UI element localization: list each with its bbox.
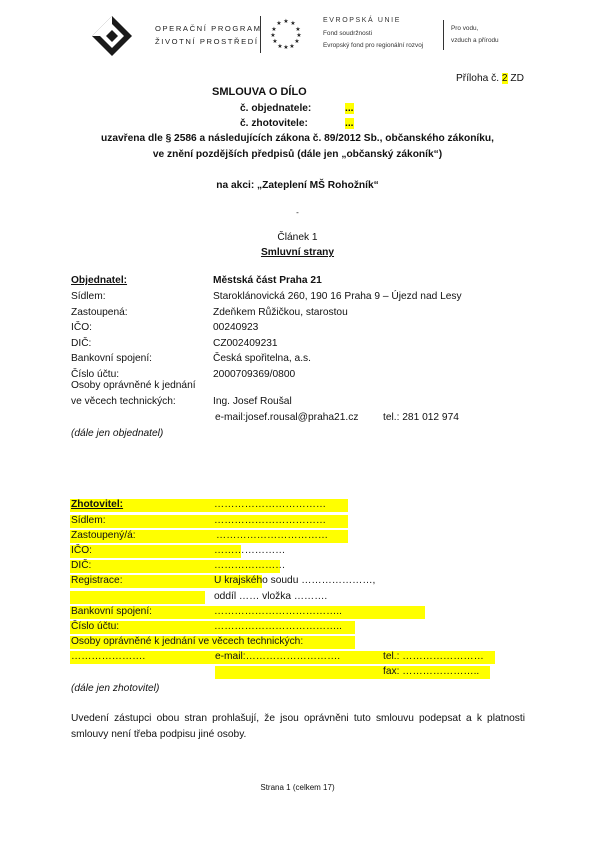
contractor-tech-name[interactable]: …………………. [71, 651, 145, 662]
eu-fund-2: Evropský fond pro regionální rozvoj [323, 42, 423, 49]
client-tech-name: Ing. Josef Roušal [213, 396, 292, 407]
contractor-number-label: č. zhotovitele: [240, 118, 308, 129]
client-field-value: Česká spořitelna, a.s. [213, 353, 311, 364]
client-name: Městská část Praha 21 [213, 275, 322, 286]
contractor-field-value[interactable]: ………………… [214, 560, 285, 571]
article-number: Článek 1 [0, 232, 595, 243]
svg-text:★: ★ [277, 43, 282, 50]
contractor-field-value[interactable]: oddíl …… vložka ………. [214, 591, 327, 602]
contractor-field-value[interactable]: …………………………… [216, 530, 328, 541]
contractor-number-value: ... [345, 118, 354, 129]
annex-suffix: ZD [510, 73, 524, 84]
client-tech-tel: tel.: 281 012 974 [383, 412, 459, 423]
action-name: na akci: „Zateplení MŠ Rohožník“ [0, 180, 595, 191]
eu-fund-1: Fond soudržnosti [323, 30, 372, 37]
eu-stars-icon: ★★★ ★★★ ★★★ ★★★ [266, 16, 306, 52]
contractor-field-value[interactable]: ………………… [214, 545, 285, 556]
contractor-heading: Zhotovitel: [71, 499, 123, 510]
dash: - [0, 208, 595, 217]
svg-text:★: ★ [272, 38, 277, 45]
client-field-label: Zastoupená: [71, 307, 128, 318]
document-title: SMLOUVA O DÍLO [212, 86, 307, 98]
contractor-field-value[interactable]: ……………………………….. [214, 606, 342, 617]
article-title: Smluvní strany [261, 247, 334, 258]
client-field-value: 2000709369/0800 [213, 369, 295, 380]
contractor-field-label: Číslo účtu: [71, 621, 119, 632]
contractor-field-label: Bankovní spojení: [71, 606, 152, 617]
client-field-label: Číslo účtu: [71, 369, 119, 380]
client-field-value: 00240923 [213, 322, 258, 333]
eu-title: EVROPSKÁ UNIE [323, 17, 401, 24]
annex-label: Příloha č. 2 ZD [456, 73, 524, 84]
highlight-band [70, 591, 205, 604]
client-field-value: CZ002409231 [213, 338, 278, 349]
contractor-tech-label: Osoby oprávněné k jednání ve věcech tech… [71, 636, 303, 647]
client-field-label: Bankovní spojení: [71, 353, 152, 364]
opzp-logo-icon [90, 14, 134, 58]
slogan-line2: vzduch a přírodu [451, 37, 499, 44]
contractor-field-value[interactable]: ……………………………….. [214, 621, 342, 632]
svg-text:★: ★ [270, 32, 275, 39]
svg-text:★: ★ [271, 26, 276, 33]
divider [260, 16, 261, 53]
annex-prefix: Příloha č. [456, 73, 499, 84]
contractor-field-label: Zastoupený/á: [71, 530, 136, 541]
contractor-tech-fax[interactable]: fax: ………………….. [383, 666, 479, 677]
svg-text:★: ★ [294, 38, 299, 45]
client-field-value: Zdeňkem Růžičkou, starostou [213, 307, 348, 318]
client-field-label: Sídlem: [71, 291, 106, 302]
contractor-note: (dále jen zhotovitel) [71, 683, 159, 694]
statement-paragraph: Uvedení zástupci obou stran prohlašují, … [71, 711, 525, 743]
client-tech-label1: Osoby oprávněné k jednání [71, 380, 196, 391]
article-title-wrap: Smluvní strany [0, 247, 595, 258]
svg-text:★: ★ [289, 43, 294, 50]
contractor-field-label: DIČ: [71, 560, 91, 571]
opzp-title-line1: OPERAČNÍ PROGRAM [155, 24, 262, 33]
contractor-field-label: IČO: [71, 545, 92, 556]
contractor-tech-email[interactable]: e-mail:………………………. [215, 651, 340, 662]
contractor-field-value[interactable]: …………………………… [214, 515, 326, 526]
contractor-tech-tel[interactable]: tel.: …………………… [383, 651, 484, 662]
page-footer: Strana 1 (celkem 17) [0, 783, 595, 792]
contractor-field-value[interactable]: U krajského soudu …………………, [214, 575, 375, 586]
intro-line2: ve znění pozdějších předpisů (dále jen „… [0, 149, 595, 160]
contractor-field-label: Sídlem: [71, 515, 106, 526]
client-number-value: ... [345, 103, 354, 114]
contractor-field-label: Registrace: [71, 575, 123, 586]
client-tech-label2: ve věcech technických: [71, 396, 176, 407]
svg-text:★: ★ [276, 20, 281, 27]
divider [443, 20, 444, 50]
client-tech-email: e-mail:josef.rousal@praha21.cz [215, 412, 358, 423]
annex-number: 2 [502, 73, 508, 84]
client-heading: Objednatel: [71, 275, 127, 286]
svg-text:★: ★ [283, 18, 288, 25]
intro-line1: uzavřena dle § 2586 a následujících záko… [0, 133, 595, 144]
client-field-label: DIČ: [71, 338, 91, 349]
client-number-label: č. objednatele: [240, 103, 311, 114]
svg-text:★: ★ [283, 44, 288, 51]
slogan-line1: Pro vodu, [451, 25, 478, 32]
client-field-label: IČO: [71, 322, 92, 333]
opzp-title-line2: ŽIVOTNÍ PROSTŘEDÍ [155, 37, 259, 46]
client-note: (dále jen objednatel) [71, 428, 163, 439]
contractor-heading-value[interactable]: …………………………… [214, 499, 326, 510]
client-field-value: Staroklánovická 260, 190 16 Praha 9 – Új… [213, 291, 462, 302]
